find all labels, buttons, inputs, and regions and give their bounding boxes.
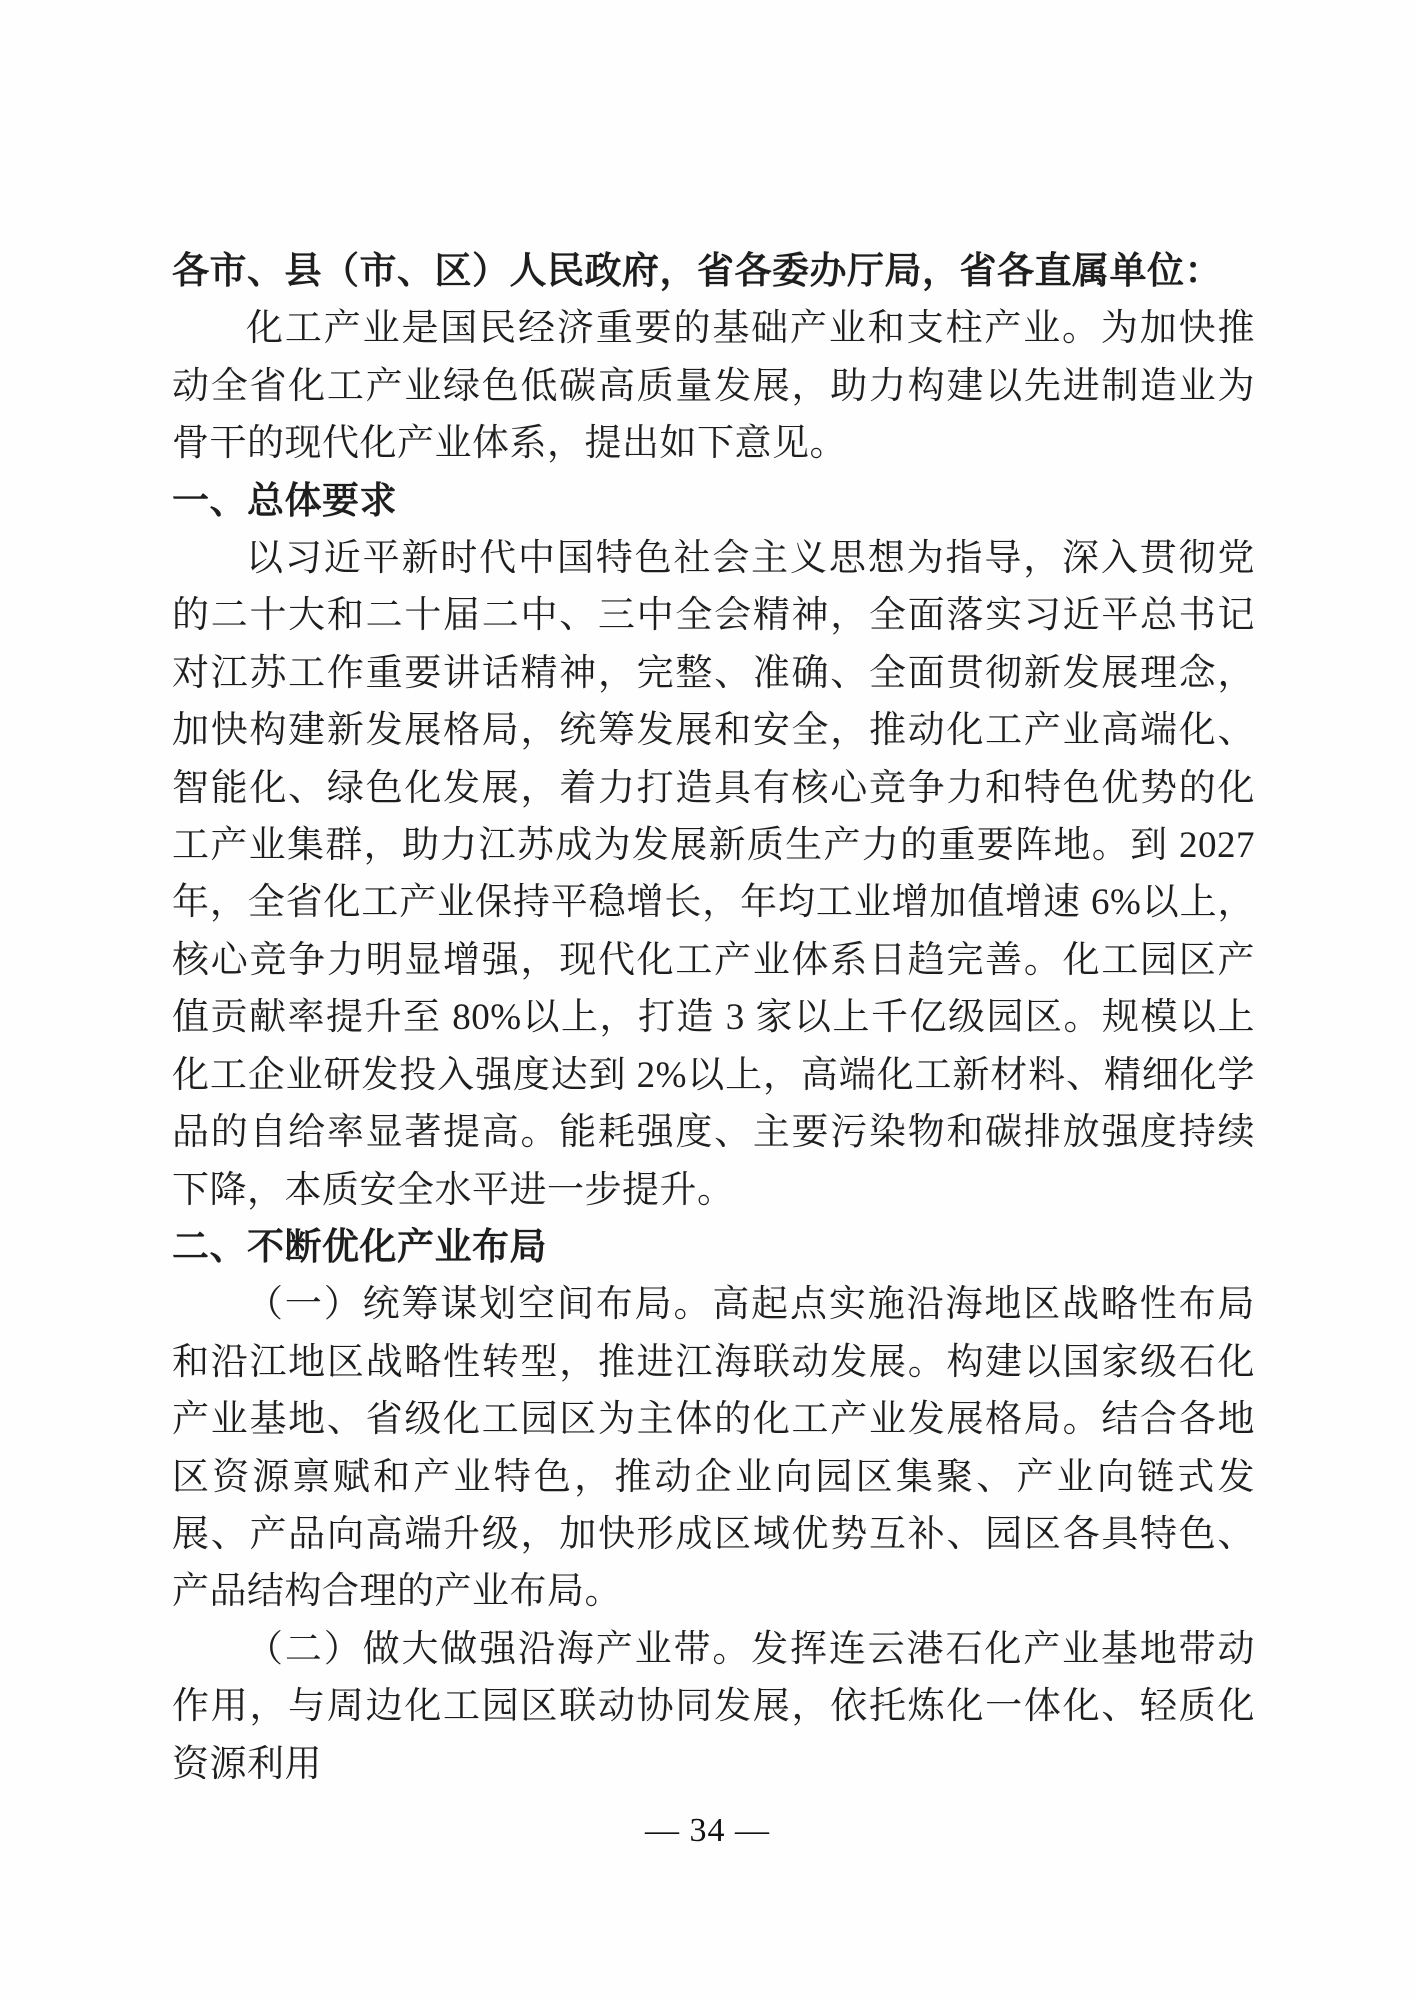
paragraph-introduction: 化工产业是国民经济重要的基础产业和支柱产业。为加快推动全省化工产业绿色低碳高质量… — [172, 300, 1255, 472]
page-number: — 34 — — [0, 1812, 1415, 1850]
section-heading-2: 二、不断优化产业布局 — [172, 1219, 1255, 1276]
section-heading-1: 一、总体要求 — [172, 473, 1255, 530]
paragraph-overall-requirements: 以习近平新时代中国特色社会主义思想为指导，深入贯彻党的二十大和二十届二中、三中全… — [172, 530, 1255, 1219]
salutation-line: 各市、县（市、区）人民政府，省各委办厅局，省各直属单位： — [172, 243, 1255, 300]
paragraph-spatial-layout: （一）统筹谋划空间布局。高起点实施沿海地区战略性布局和沿江地区战略性转型，推进江… — [172, 1276, 1255, 1620]
document-page: 各市、县（市、区）人民政府，省各委办厅局，省各直属单位： 化工产业是国民经济重要… — [0, 0, 1415, 2000]
paragraph-coastal-industry-belt: （二）做大做强沿海产业带。发挥连云港石化产业基地带动作用，与周边化工园区联动协同… — [172, 1621, 1255, 1793]
document-content: 各市、县（市、区）人民政府，省各委办厅局，省各直属单位： 化工产业是国民经济重要… — [172, 243, 1255, 1793]
